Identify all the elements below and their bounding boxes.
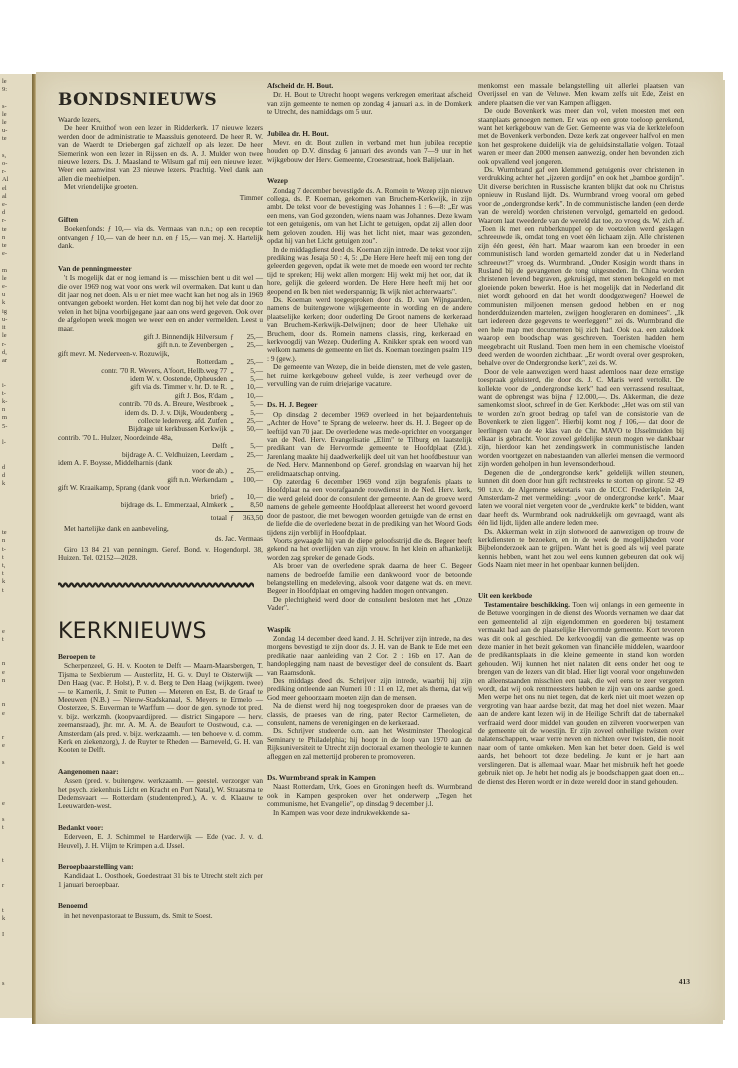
article-paragraph: Ds. Akkerman wekt in zijn slotwoord de a…	[478, 528, 684, 570]
donation-currency: „	[227, 476, 237, 484]
kerknieuws-heading: Bedankt voor:	[58, 824, 263, 832]
kerknieuws-text: Ederveen, E. J. Schimmel te Harderwijk —…	[58, 833, 263, 850]
donation-currency: „	[227, 341, 237, 349]
donation-description: contrib. '70 L. Hulzer, Noordeinde 48a,	[58, 434, 227, 442]
article-paragraph: Na de dienst werd hij nog toegesproken d…	[267, 702, 472, 727]
column-left: BONDSNIEUWS Waarde lezers, De heer Kruit…	[58, 82, 263, 920]
article-paragraph: Mevr. en dr. Bout zullen in verband met …	[267, 139, 472, 164]
wurmbrand-article-continuation: menkomst een massale belangstelling uit …	[478, 82, 684, 570]
article-heading: Jubilea dr. H. Bout.	[267, 130, 472, 138]
article-heading: Waspik	[267, 626, 472, 634]
donation-amount: 25,—	[237, 451, 263, 459]
kerkbode-body: Toen wij onlangs in een gemeente in de B…	[478, 600, 684, 786]
article-paragraph: Ds. Wurmbrand gaf een klemmend getuigeni…	[478, 166, 684, 368]
article-paragraph: menkomst een massale belangstelling uit …	[478, 82, 684, 107]
donation-currency: „	[227, 451, 237, 459]
donation-amount: 100,—	[237, 476, 263, 484]
donation-currency: „	[227, 425, 237, 433]
kerknieuws-text: Scherpenzeel, G. H. v. Kooten te Delft —…	[58, 662, 263, 754]
article-paragraph: Naast Rotterdam, Urk, Goes en Groningen …	[267, 783, 472, 808]
article-paragraph: Dr. H. Bout te Utrecht hoopt wegens verk…	[267, 91, 472, 116]
total-rule	[229, 511, 263, 512]
article-paragraph: In Kampen was voor deze indrukwekkende s…	[267, 809, 472, 817]
previous-page-margin: le 9: s- le le u- te s, o- r- Al el al e…	[0, 74, 34, 1018]
page-number: 413	[679, 977, 690, 986]
magazine-page: BONDSNIEUWS Waarde lezers, De heer Kruit…	[36, 72, 723, 1024]
column-right: menkomst een massale belangstelling uit …	[478, 82, 684, 786]
donation-row: bijdrage ds. L. Emmerzaal, Almkerk„8,50	[58, 501, 263, 509]
donation-list: gift J. Binnendijk Hilversumƒ25,—gift n.…	[58, 333, 263, 510]
signature: Timmer	[58, 194, 263, 202]
penningmeester-closing: Met hartelijke dank en aanbeveling,	[58, 525, 263, 533]
wavy-divider	[58, 581, 254, 589]
total-amount: 363,50	[237, 514, 263, 522]
article-paragraph: Als broer van de overledene sprak daarna…	[267, 562, 472, 596]
kerknieuws-text: Assen (pred. v. buitengew. werkzaamh. — …	[58, 777, 263, 811]
giro-info: Giro 13 84 21 van penningm. Geref. Bond.…	[58, 546, 263, 563]
middle-column-articles: Afscheid dr. H. Bout.Dr. H. Bout te Utre…	[267, 82, 472, 817]
kerknieuws-sections: Beroepen teScherpenzeel, G. H. v. Kooten…	[58, 653, 263, 920]
intro-paragraph: De heer Kruithof won een lezer in Ridder…	[58, 124, 263, 183]
total-label: totaal	[58, 514, 227, 522]
article-paragraph: Zondag 7 december bevestigde ds. A. Rome…	[267, 187, 472, 246]
total-currency: ƒ	[227, 514, 237, 522]
article-paragraph: Ds. Schrijver studeerde o.m. aan het Wes…	[267, 727, 472, 761]
penningmeester-text: 't Is mogelijk dat er nog iemand is — mi…	[58, 274, 263, 333]
article-paragraph: Ds. Koeman werd toegesproken door ds. D.…	[267, 296, 472, 363]
kerkbode-text: Testamentaire beschikking. Toen wij onla…	[478, 601, 684, 786]
kerknieuws-heading: Beroepen te	[58, 653, 263, 661]
article-paragraph: Zondag 14 december deed kand. J. H. Schr…	[267, 635, 472, 677]
article-paragraph: Op dinsdag 2 december 1969 overleed in h…	[267, 411, 472, 478]
section-masthead-kerknieuws: KERKNIEUWS	[58, 619, 263, 645]
heading-uit-een-kerkbode: Uit een kerkbode	[478, 592, 684, 600]
donation-description: bijdrage ds. L. Emmerzaal, Almkerk	[58, 501, 227, 509]
donation-amount: 25,—	[237, 341, 263, 349]
article-paragraph: De gemeente van Wezep, die in beide dien…	[267, 363, 472, 388]
previous-page-text-fragment: le 9: s- le le u- te s, o- r- Al el al e…	[0, 74, 34, 989]
column-middle: Afscheid dr. H. Bout.Dr. H. Bout te Utre…	[267, 82, 472, 817]
kerknieuws-text: Kandidaat L. Oosthoek, Goedestraat 31 bi…	[58, 872, 263, 889]
kerknieuws-text: in het nevenpastoraat te Bussum, ds. Smi…	[58, 912, 263, 920]
section-masthead-bondsnieuws: BONDSNIEUWS	[58, 90, 263, 110]
article-paragraph: De plechtigheid werd door de consulent b…	[267, 596, 472, 613]
article-heading: Ds. H. J. Begeer	[267, 401, 472, 409]
closing: Met vriendelijke groeten.	[58, 183, 263, 191]
kerknieuws-heading: Beroepbaarstelling van:	[58, 863, 263, 871]
donation-amount: 8,50	[237, 501, 263, 509]
heading-giften: Giften	[58, 216, 263, 224]
article-paragraph: Des middags deed ds. Schrijver zijn intr…	[267, 677, 472, 702]
article-paragraph: Door de vele aanwezigen werd haast ademl…	[478, 368, 684, 469]
donation-description: gift W. Kraaikamp, Sprang (dank voor	[58, 484, 227, 492]
donation-amount: 50,—	[237, 425, 263, 433]
kerknieuws-heading: Benoemd	[58, 902, 263, 910]
kerknieuws-heading: Aangenomen naar:	[58, 768, 263, 776]
article-heading: Ds. Wurmbrand sprak in Kampen	[267, 774, 472, 782]
donation-currency: „	[227, 501, 237, 509]
article-heading: Afscheid dr. H. Bout.	[267, 82, 472, 90]
heading-penningmeester: Van de penningmeester	[58, 265, 263, 273]
penningmeester-signature: ds. Jac. Vermaas	[58, 535, 263, 543]
article-paragraph: Op zaterdag 6 december 1969 vond zijn be…	[267, 478, 472, 537]
article-paragraph: Voorts gewaagde hij van de diepe geloofs…	[267, 537, 472, 562]
article-paragraph: In de middagdienst deed ds. Koeman zijn …	[267, 246, 472, 296]
article-heading: Wezep	[267, 177, 472, 185]
donation-total: totaal ƒ 363,50	[58, 514, 263, 522]
article-paragraph: De oude Bovenkerk was meer dan vol, vele…	[478, 107, 684, 166]
giften-text: Boekenfonds: ƒ 10,— via ds. Vermaas van …	[58, 225, 263, 250]
article-paragraph: Degenen die de „ondergrondse kerk" gelde…	[478, 469, 684, 528]
